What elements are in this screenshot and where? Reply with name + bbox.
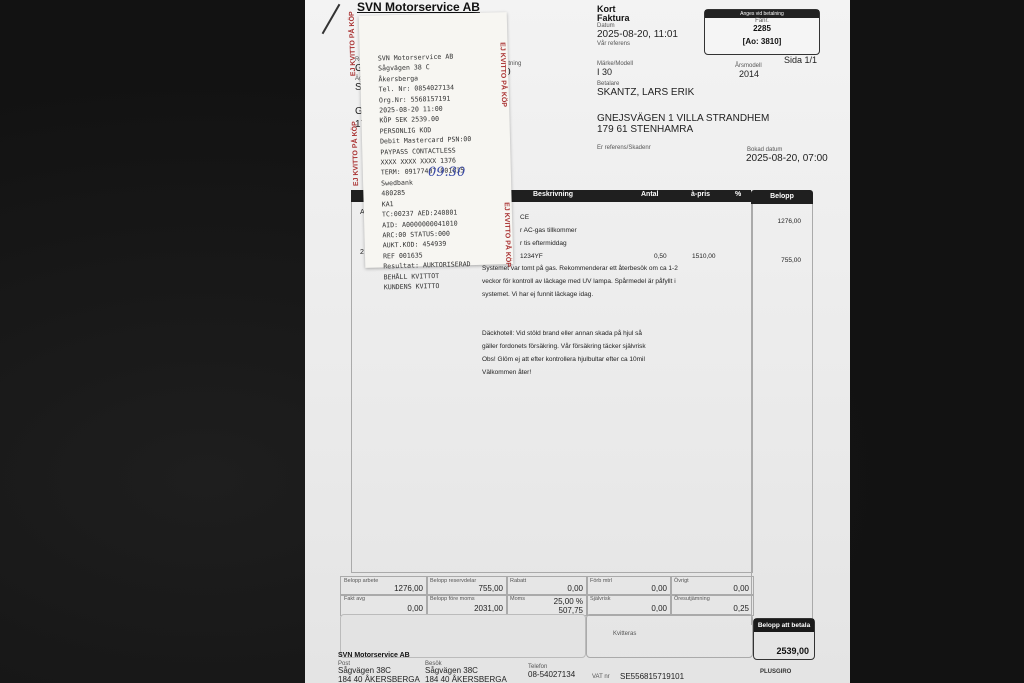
note-line: Obs! Glöm ej att efter kontrollera hjulb… bbox=[482, 353, 742, 366]
payment-box-header: Anges vid betalning bbox=[705, 10, 819, 18]
our-ref-label: Vår referens bbox=[597, 41, 630, 47]
col-percent: % bbox=[735, 191, 741, 198]
receipt-watermark-right-top: EJ KVITTO PÅ KÖP bbox=[498, 42, 507, 107]
row4-code: 2 bbox=[360, 249, 364, 256]
footer-visit-1: Sågvägen 38C bbox=[425, 666, 478, 675]
footer-vat-label: VAT nr bbox=[592, 674, 610, 680]
pre-vat-cell: Belopp före moms2031,00 bbox=[426, 594, 508, 616]
amount-column: Belopp 1276,00 755,00 bbox=[751, 190, 813, 630]
note-line: Systemet var tomt på gas. Rekommenderar … bbox=[482, 262, 742, 275]
parts-cell: Belopp reservdelar755,00 bbox=[426, 576, 508, 596]
amount-due-label: Belopp att betala bbox=[754, 619, 814, 632]
page-number: Sida 1/1 bbox=[784, 55, 817, 65]
col-amount: Belopp bbox=[751, 190, 813, 204]
doc-type-2: Faktura bbox=[597, 13, 630, 23]
invoice-date: 2025-08-20, 11:01 bbox=[597, 29, 678, 40]
company-name: SVN Motorservice AB bbox=[357, 0, 480, 14]
col-description: Beskrivning bbox=[533, 191, 573, 198]
note-spacer bbox=[482, 301, 742, 314]
row2-desc: r AC-gas tillkommer bbox=[520, 224, 577, 237]
notes: Systemet var tomt på gas. Rekommenderar … bbox=[482, 262, 742, 379]
booked-date: 2025-08-20, 07:00 bbox=[746, 153, 828, 164]
note-line: systemet. Vi har ej funnit läckage idag. bbox=[482, 288, 742, 301]
freight-cell: Fakt avg0,00 bbox=[340, 594, 428, 616]
note-line: Välkommen åter! bbox=[482, 366, 742, 379]
footer-company: SVN Motorservice AB bbox=[338, 652, 410, 659]
your-ref-label: Er referens/Skadenr bbox=[597, 145, 651, 151]
rounding-cell: Öresutjämning0,25 bbox=[670, 594, 754, 616]
footer-post-1: Sågvägen 38C bbox=[338, 666, 391, 675]
ao-number: [Ao: 3810] bbox=[705, 37, 819, 46]
fanr-value: 2285 bbox=[705, 24, 819, 33]
receipt-watermark-right-bottom: EJ KVITTO PÅ KÖP bbox=[503, 202, 512, 267]
labor-cell: Belopp arbete1276,00 bbox=[340, 576, 428, 596]
amount-due: 2539,00 bbox=[776, 646, 809, 656]
amount-due-box: Belopp att betala 2539,00 bbox=[753, 618, 815, 660]
discount-cell: Rabatt0,00 bbox=[506, 576, 588, 596]
payer-address-1: GNEJSVÄGEN 1 VILLA STRANDHEM bbox=[597, 113, 769, 124]
payer-address-2: 179 61 STENHAMRA bbox=[597, 124, 693, 135]
note-line: veckor för kontroll av läckage med UV la… bbox=[482, 275, 742, 288]
footer-phone: 08-54027134 bbox=[528, 670, 575, 679]
row1-amount: 1276,00 bbox=[778, 215, 802, 228]
handwritten-time: 09.30 bbox=[428, 165, 465, 180]
deductible-cell: Självrisk0,00 bbox=[586, 594, 672, 616]
model-year: 2014 bbox=[739, 69, 759, 79]
card-receipt: EJ KVITTO PÅ KÖP EJ KVITTO PÅ KÖP EJ KVI… bbox=[359, 12, 514, 268]
make-model: I 30 bbox=[597, 67, 612, 77]
note-line: gäller fordonets försäkring. Vår försäkr… bbox=[482, 340, 742, 353]
footer-post-2: 184 40 ÅKERSBERGA bbox=[338, 675, 420, 683]
other-cell: Övrigt0,00 bbox=[670, 576, 754, 596]
receipted-box: Kvitteras bbox=[586, 614, 753, 658]
receipted-label: Kvitteras bbox=[613, 631, 636, 637]
col-qty: Antal bbox=[641, 191, 659, 198]
col-unit-price: à-pris bbox=[691, 191, 710, 198]
row4-amount: 755,00 bbox=[781, 254, 801, 267]
row3-desc: r tis eftermiddag bbox=[520, 237, 567, 250]
note-line: Däckhotell: Vid stöld brand eller annan … bbox=[482, 327, 742, 340]
footer-plusgiro: PLUSGIRO bbox=[760, 669, 791, 675]
vat-cell: Moms25,00 %507,75 bbox=[506, 594, 588, 616]
payment-reference-box: Anges vid betalning Fanr. 2285 [Ao: 3810… bbox=[704, 9, 820, 55]
row1-desc: CE bbox=[520, 211, 529, 224]
footer-vat: SE556815719101 bbox=[620, 672, 684, 681]
env-cell: Förb mtrl0,00 bbox=[586, 576, 672, 596]
note-spacer bbox=[482, 314, 742, 327]
summary-grid: Belopp arbete1276,00 Belopp reservdelar7… bbox=[340, 576, 752, 614]
payer-name: SKANTZ, LARS ERIK bbox=[597, 87, 694, 98]
footer-visit-2: 184 40 ÅKERSBERGA bbox=[425, 675, 507, 683]
